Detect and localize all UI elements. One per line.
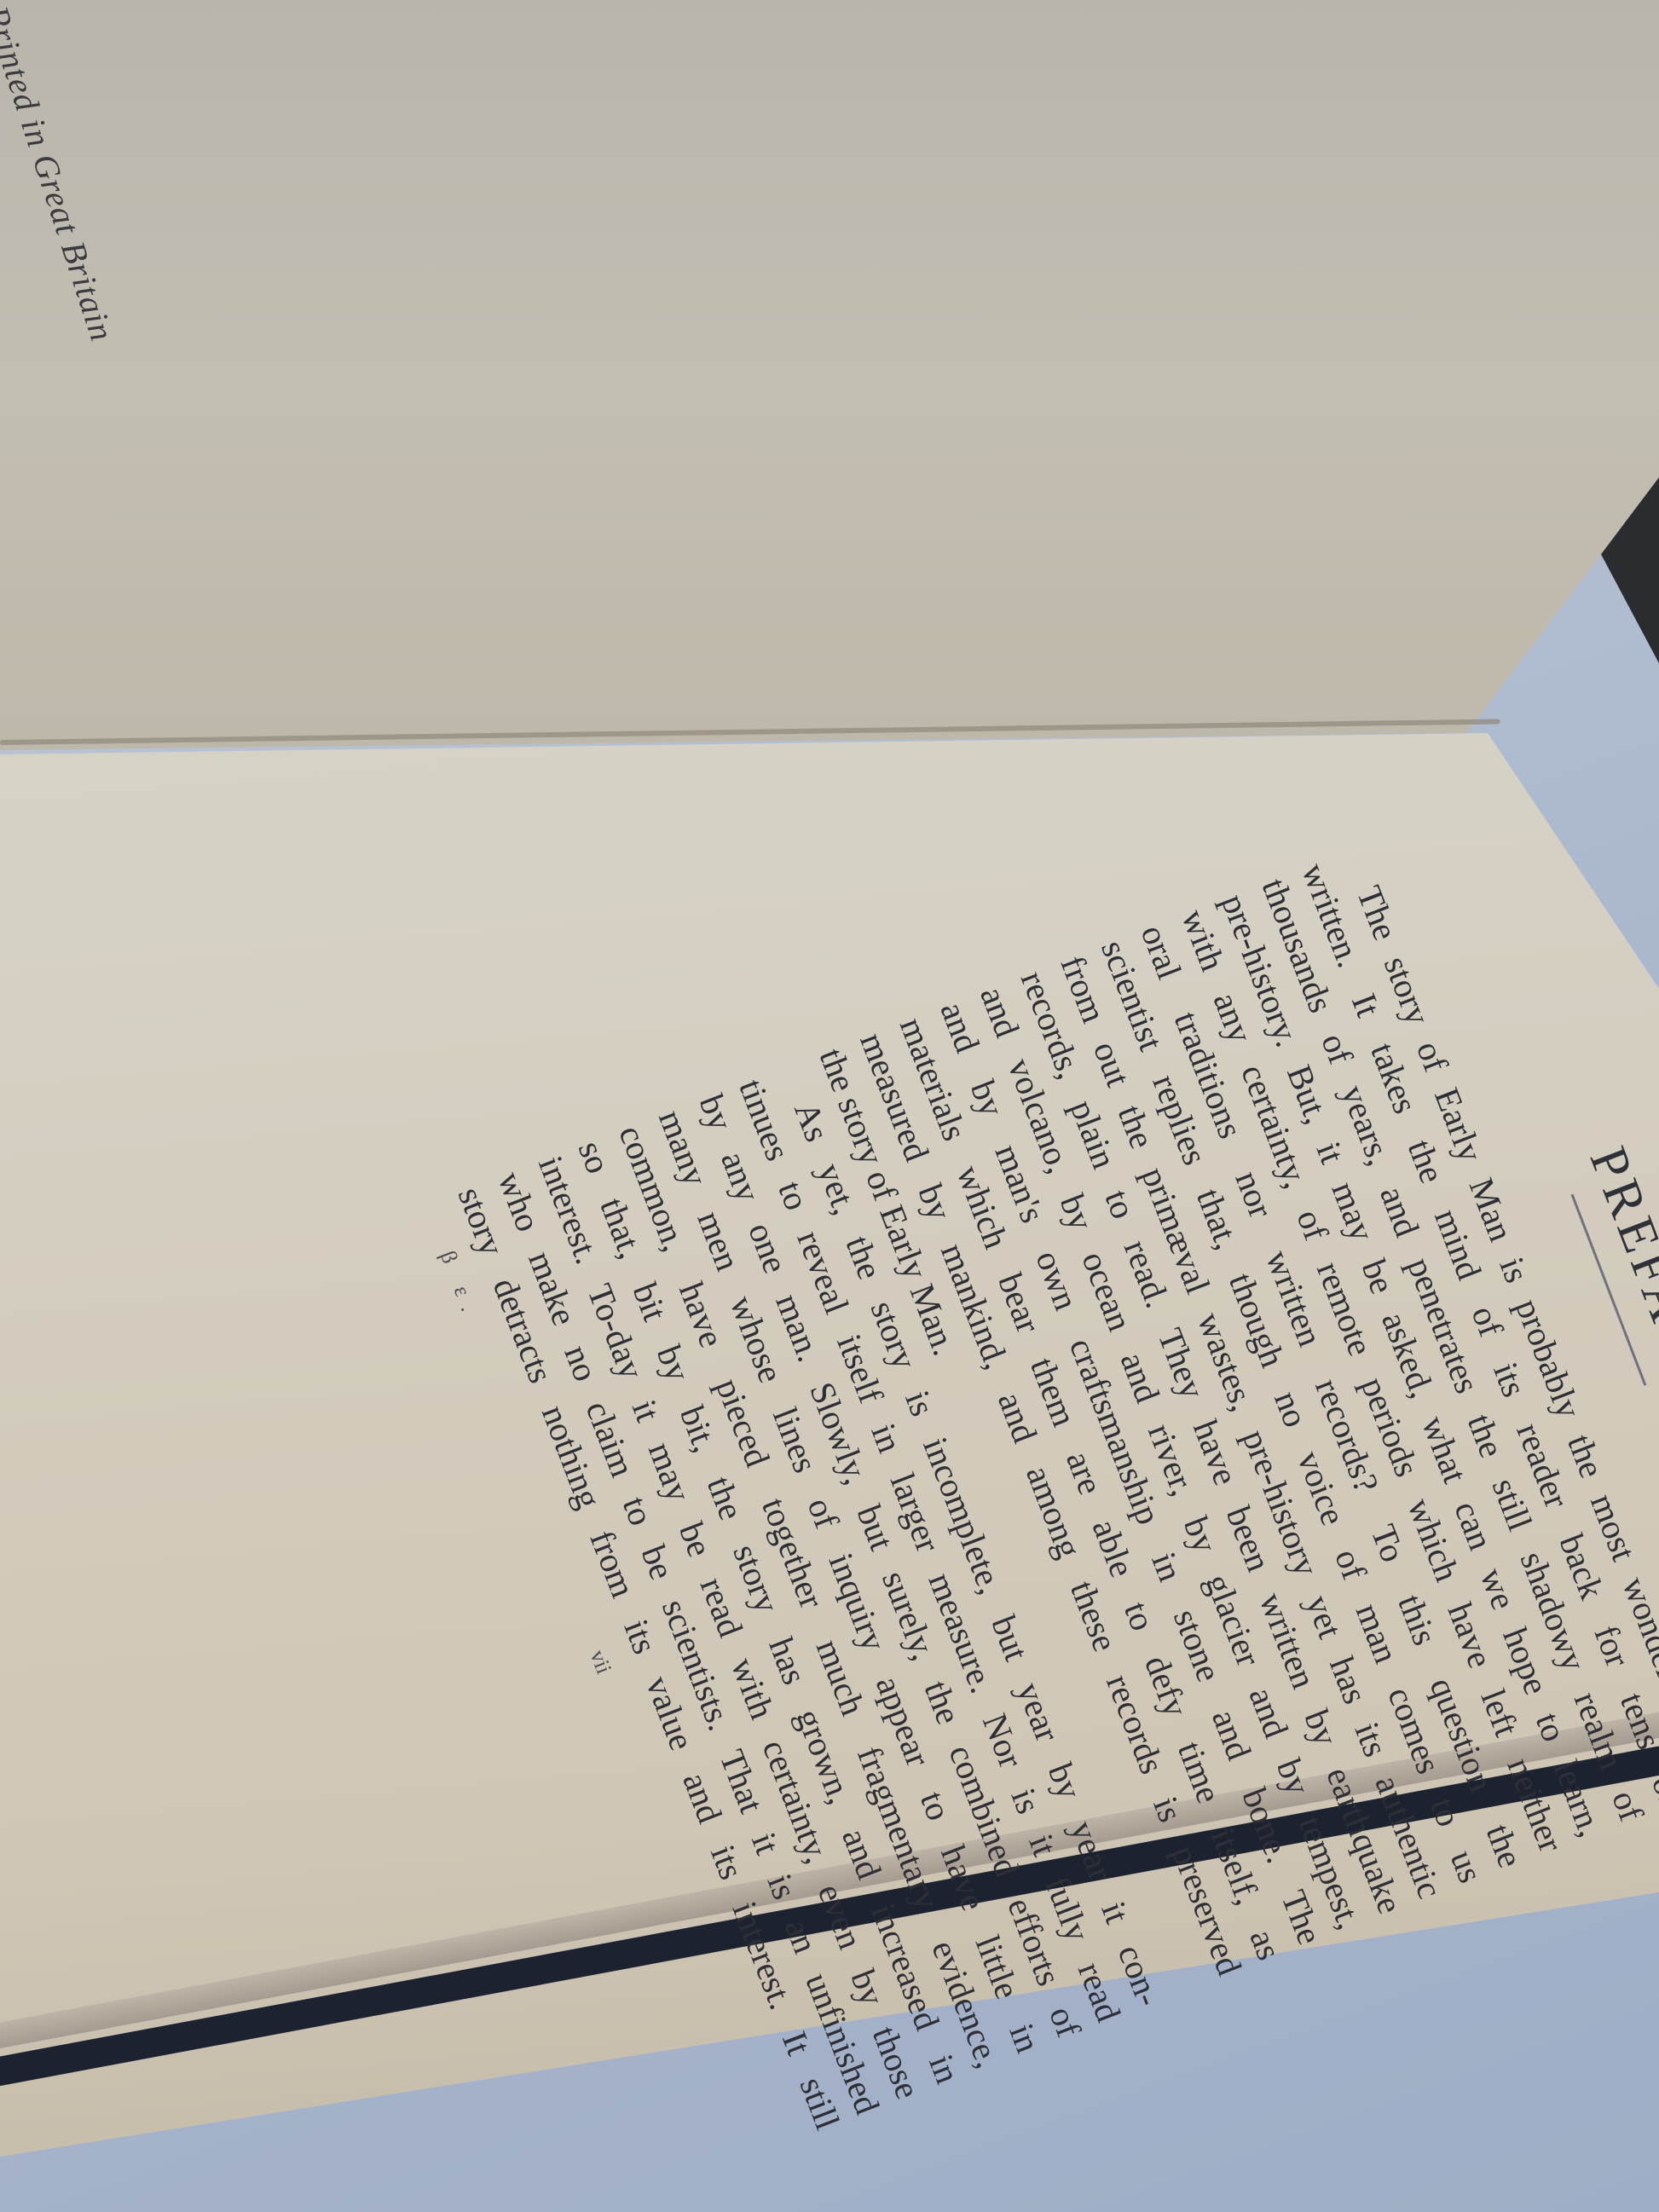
- page-number: vii: [585, 1646, 617, 1677]
- printer-imprint: Printed in Great Britain: [0, 1, 123, 346]
- book-photo-scene: Printed in Great Britain PREFACE The sto…: [0, 0, 1659, 2212]
